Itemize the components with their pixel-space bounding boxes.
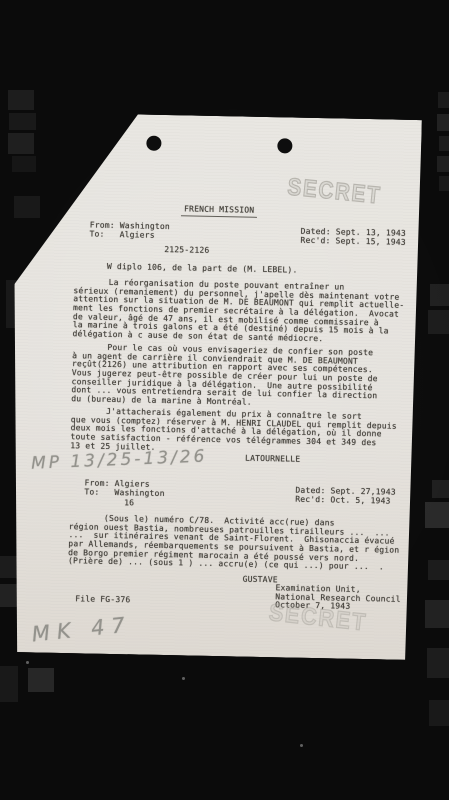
message1-opening-line: W diplo 106, de la part de (M. LEBEL). bbox=[107, 263, 298, 275]
film-edge-block bbox=[428, 310, 449, 334]
message1-from-to: From: Washington To: Algiers bbox=[89, 221, 170, 240]
film-edge-block bbox=[14, 196, 40, 218]
film-edge-block bbox=[437, 114, 449, 131]
message2-signature: GUSTAVE bbox=[243, 576, 278, 585]
message2-paragraph: (Sous le) numéro C/78. Activité acc(rue)… bbox=[68, 514, 400, 573]
dust-speck bbox=[26, 661, 29, 664]
message2-dates: Dated: Sept. 27,1943 Rec'd: Oct. 5, 1943 bbox=[295, 487, 396, 506]
film-edge-block bbox=[12, 156, 36, 172]
message1-paragraph-1: La réorganisation du poste pouvant entra… bbox=[72, 278, 404, 345]
dust-speck bbox=[182, 677, 185, 680]
film-edge-block bbox=[430, 284, 449, 306]
film-edge-block bbox=[425, 600, 449, 628]
hole-punch-left bbox=[146, 136, 161, 151]
message1-paragraph-2: Pour le cas où vous envisageriez de conf… bbox=[71, 343, 378, 410]
message2-from-to: From: Algiers To: Washington bbox=[84, 479, 165, 498]
film-edge-block bbox=[439, 176, 449, 191]
pencil-annotation-top: MP 13/25-13/26 bbox=[31, 446, 208, 473]
message1-signature: LATOURNELLE bbox=[245, 455, 300, 465]
film-edge-block bbox=[437, 156, 449, 172]
document-title: FRENCH MISSION bbox=[181, 205, 257, 217]
pencil-annotation-bottom: MK 47 bbox=[31, 612, 133, 646]
film-edge-block bbox=[438, 92, 449, 108]
file-number: File FG-376 bbox=[75, 595, 130, 605]
film-edge-block bbox=[429, 700, 449, 726]
microfilm-frame: SECRET FRENCH MISSION From: Washington T… bbox=[0, 0, 449, 800]
message1-serial: 2125-2126 bbox=[164, 246, 209, 256]
message2-number: 16 bbox=[124, 499, 134, 508]
film-edge-block bbox=[9, 113, 36, 130]
message1-dates: Dated: Sept. 13, 1943 Rec'd: Sept. 15, 1… bbox=[300, 228, 406, 247]
document-page: SECRET FRENCH MISSION From: Washington T… bbox=[7, 112, 422, 660]
film-edge-block bbox=[8, 133, 34, 154]
film-edge-block bbox=[0, 666, 18, 702]
film-edge-block bbox=[432, 480, 449, 498]
film-edge-block bbox=[0, 556, 18, 578]
secret-stamp-top: SECRET bbox=[286, 175, 382, 208]
film-edge-block bbox=[428, 560, 449, 580]
film-edge-block bbox=[8, 90, 34, 110]
film-edge-block bbox=[425, 502, 449, 528]
film-edge-block bbox=[427, 648, 449, 678]
dust-speck bbox=[300, 744, 303, 747]
hole-punch-right bbox=[277, 138, 292, 153]
film-edge-block bbox=[28, 668, 54, 692]
film-edge-block bbox=[439, 136, 449, 151]
